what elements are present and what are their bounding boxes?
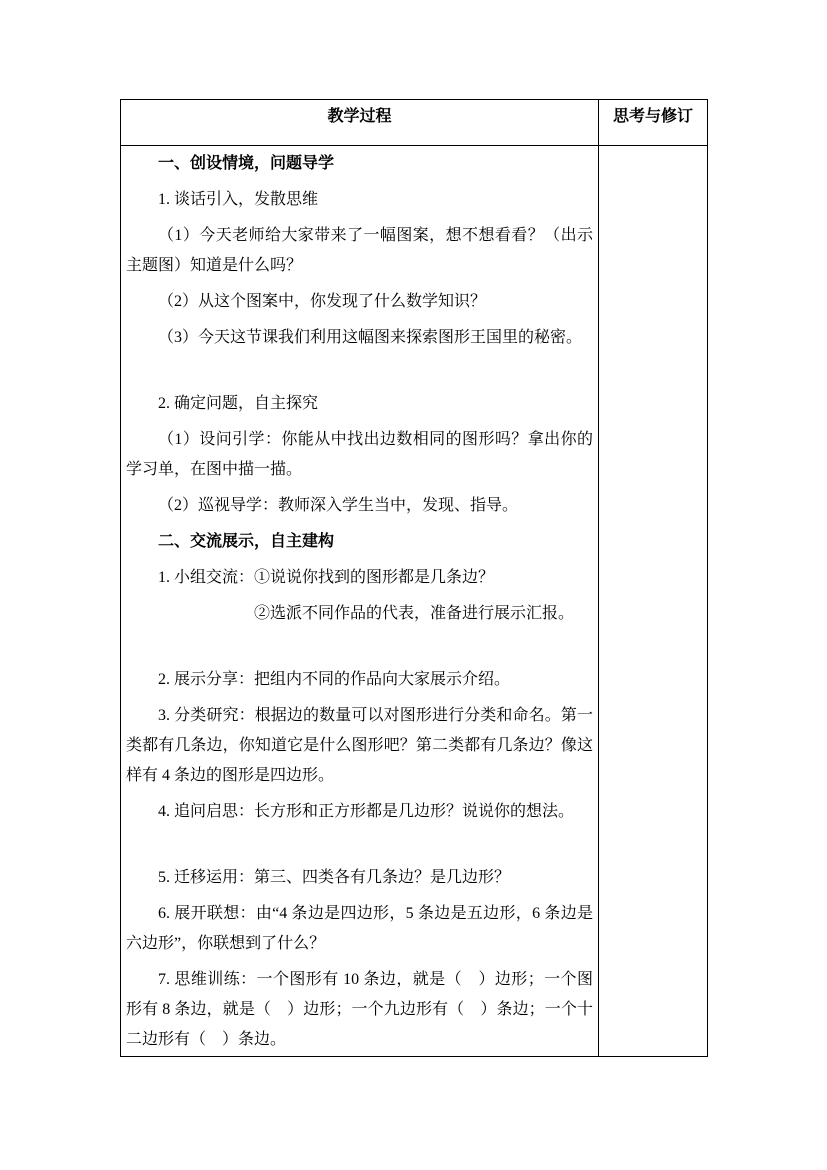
blank-line bbox=[126, 833, 593, 857]
paragraph: （1）设问引学：你能从中找出边数相同的图形吗？拿出你的学习单，在图中描一描。 bbox=[126, 425, 593, 485]
paragraph: 6. 展开联想：由“4 条边是四边形，5 条边是五边形，6 条边是六边形”，你联… bbox=[126, 899, 593, 959]
paragraph: 1. 谈话引入，发散思维 bbox=[126, 185, 593, 215]
paragraph: 3. 分类研究：根据边的数量可以对图形进行分类和命名。第一类都有几条边，你知道它… bbox=[126, 701, 593, 791]
table-header-row: 教学过程 思考与修订 bbox=[121, 100, 707, 146]
paragraph: （2）巡视导学：教师深入学生当中，发现、指导。 bbox=[126, 491, 593, 521]
paragraph: 2. 确定问题，自主探究 bbox=[126, 389, 593, 419]
teaching-process-cell: 一、创设情境，问题导学1. 谈话引入，发散思维（1）今天老师给大家带来了一幅图案… bbox=[121, 146, 599, 1056]
blank-line bbox=[126, 359, 593, 383]
section-heading: 二、交流展示，自主建构 bbox=[126, 527, 593, 557]
paragraph: 5. 迁移运用：第三、四类各有几条边？是几边形？ bbox=[126, 863, 593, 893]
paragraph: ②选派不同作品的代表，准备进行展示汇报。 bbox=[126, 599, 593, 629]
section-heading: 一、创设情境，问题导学 bbox=[126, 149, 593, 179]
table-body-row: 一、创设情境，问题导学1. 谈话引入，发散思维（1）今天老师给大家带来了一幅图案… bbox=[121, 146, 707, 1056]
paragraph: 2. 展示分享：把组内不同的作品向大家展示介绍。 bbox=[126, 665, 593, 695]
paragraph: 7. 思维训练：一个图形有 10 条边，就是（ ）边形；一个图形有 8 条边，就… bbox=[126, 965, 593, 1055]
reflection-revision-cell bbox=[599, 146, 707, 1056]
lesson-plan-table: 教学过程 思考与修订 一、创设情境，问题导学1. 谈话引入，发散思维（1）今天老… bbox=[120, 99, 708, 1057]
header-teaching-process: 教学过程 bbox=[121, 100, 599, 145]
blank-line bbox=[126, 635, 593, 659]
paragraph: 4. 追问启思：长方形和正方形都是几边形？说说你的想法。 bbox=[126, 797, 593, 827]
paragraph: （1）今天老师给大家带来了一幅图案，想不想看看？（出示主题图）知道是什么吗？ bbox=[126, 221, 593, 281]
paragraph: 1. 小组交流：①说说你找到的图形都是几条边？ bbox=[126, 563, 593, 593]
header-reflection-revision: 思考与修订 bbox=[599, 100, 707, 145]
document-page: 教学过程 思考与修订 一、创设情境，问题导学1. 谈话引入，发散思维（1）今天老… bbox=[0, 0, 827, 1170]
paragraph: （3）今天这节课我们利用这幅图来探索图形王国里的秘密。 bbox=[126, 323, 593, 353]
paragraph: （2）从这个图案中，你发现了什么数学知识？ bbox=[126, 287, 593, 317]
